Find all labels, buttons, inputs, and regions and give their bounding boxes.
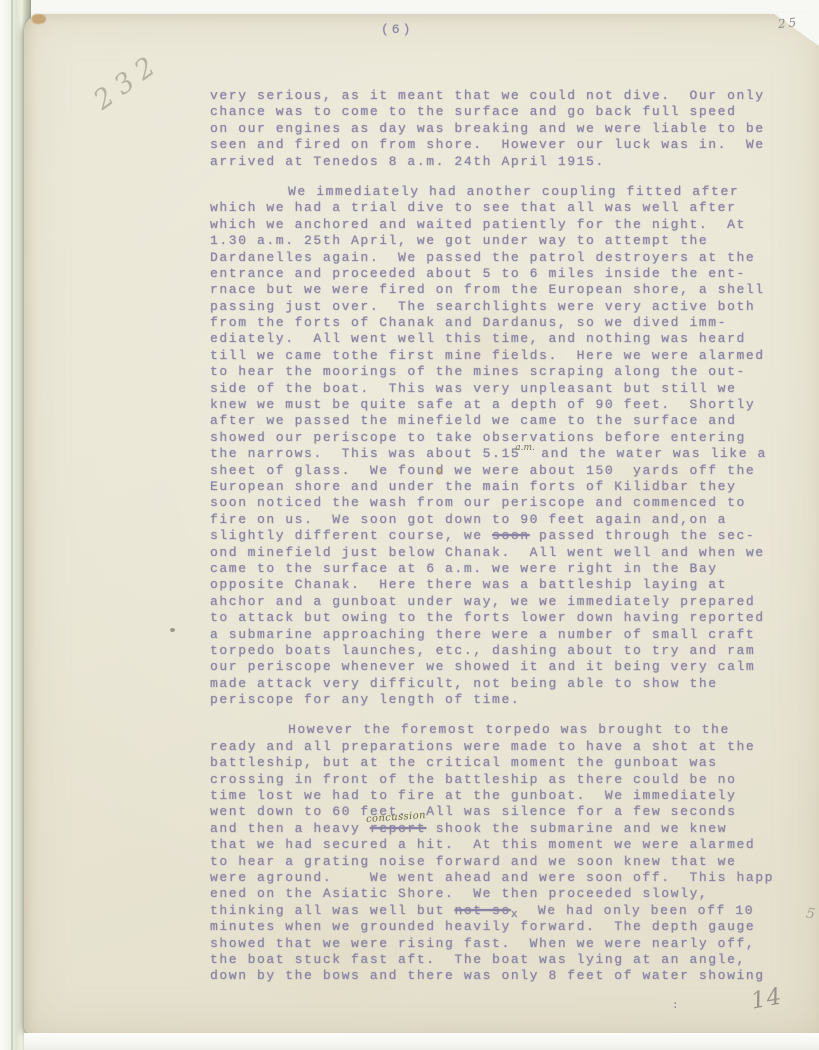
typed-line: seen and fired on from shore. However ou…	[210, 137, 810, 153]
paper-stain	[32, 14, 46, 24]
handwritten-corner-number: 25	[777, 15, 800, 31]
stray-ink-mark: :	[672, 998, 679, 1011]
typed-line: down by the bows and there was only 8 fe…	[210, 968, 810, 984]
handwritten-correction: concussion	[365, 808, 426, 829]
typed-line: soon noticed the wash from our periscope…	[210, 495, 810, 511]
paragraph: very serious, as it meant that we could …	[210, 88, 810, 170]
spine-page-edges	[11, 0, 13, 1050]
typed-line: very serious, as it meant that we could …	[210, 88, 810, 104]
typed-line: opposite Chanak. Here there was a battle…	[210, 577, 810, 593]
handwritten-insertion: a.m.	[515, 443, 535, 453]
typed-line: entrance and proceeded about 5 to 6 mile…	[210, 266, 810, 282]
typed-line: However the foremost torpedo was brought…	[210, 722, 810, 738]
paragraph: We immediately had another coupling fitt…	[210, 184, 810, 709]
typed-line: showed our periscope to take observation…	[210, 430, 810, 446]
typed-line: crossing in front of the battleship as t…	[210, 772, 810, 788]
typed-line: European shore and under the main forts …	[210, 479, 810, 495]
typed-line: to hear a grating noise forward and we s…	[210, 854, 810, 870]
typed-line: passing just over. The searchlights were…	[210, 299, 810, 315]
typed-line: to hear the moorings of the mines scrapi…	[210, 364, 810, 380]
typed-line: the boat stuck fast aft. The boat was ly…	[210, 952, 810, 968]
typed-line: ready and all preparations were made to …	[210, 739, 810, 755]
typed-line: ahchor and a gunboat under way, we we im…	[210, 594, 810, 610]
typed-line: sheet of glass. We found we were about 1…	[210, 463, 810, 479]
typed-line: to attack but owing to the forts lower d…	[210, 610, 810, 626]
typed-line: on our engines as day was breaking and w…	[210, 121, 810, 137]
typed-line: arrived at Tenedos 8 a.m. 24th April 191…	[210, 154, 810, 170]
typed-line: from the forts of Chanak and Dardanus, s…	[210, 315, 810, 331]
typed-line: We immediately had another coupling fitt…	[210, 184, 810, 200]
typed-line: thinking all was well but not sox We had…	[210, 903, 810, 919]
typed-line: 1.30 a.m. 25th April, we got under way t…	[210, 233, 810, 249]
scanned-page-spread: (6) 232 25 very serious, as it meant tha…	[0, 0, 819, 1050]
ink-speck	[170, 628, 175, 632]
typed-line: ediately. All went well this time, and n…	[210, 331, 810, 347]
typed-line: till we came tothe first mine fields. He…	[210, 348, 810, 364]
struck-out-word: soon	[492, 528, 530, 543]
handwritten-page-number: 14	[749, 983, 784, 1014]
typed-line: a submarine approaching there were a num…	[210, 627, 810, 643]
document-page: (6) 232 25 very serious, as it meant tha…	[24, 14, 819, 1034]
page-number-header: (6)	[381, 22, 413, 37]
typed-line: showed that we were rising fast. When we…	[210, 936, 810, 952]
typed-line: periscope for any length of time.	[210, 692, 810, 708]
typed-line: our periscope whenever we showed it and …	[210, 659, 810, 675]
typed-line: slightly different course, we soon passe…	[210, 528, 810, 544]
typed-line: fire on us. We soon got down to 90 feet …	[210, 512, 810, 528]
handwritten-archive-number: 232	[88, 47, 167, 116]
typed-line: were aground. We went ahead and were soo…	[210, 870, 810, 886]
typed-line: came to the surface at 6 a.m. we were ri…	[210, 561, 810, 577]
struck-out-word: reportconcussion	[370, 821, 426, 836]
typed-line: went down to 60 feet. All was silence fo…	[210, 804, 810, 820]
struck-out-word: not so	[454, 903, 510, 918]
typed-line: which we anchored and waited patiently f…	[210, 217, 810, 233]
typed-line: the narrows. This was about 5.15a.m. and…	[210, 446, 810, 462]
typed-line: chance was to come to the surface and go…	[210, 104, 810, 120]
typed-line: ened on the Asiatic Shore. We then proce…	[210, 886, 810, 902]
typed-line: which we had a trial dive to see that al…	[210, 200, 810, 216]
margin-pencil-mark: 5	[805, 905, 816, 922]
typed-line: made attack very difficult, not being ab…	[210, 676, 810, 692]
paragraph: However the foremost torpedo was brought…	[210, 722, 810, 984]
typed-line: and then a heavy reportconcussion shook …	[210, 821, 810, 837]
typed-line: Dardanelles again. We passed the patrol …	[210, 250, 810, 266]
typed-line: side of the boat. This was very unpleasa…	[210, 381, 810, 397]
typed-line: torpedo boats launches, etc., dashing ab…	[210, 643, 810, 659]
typed-text: very serious, as it meant that we could …	[210, 88, 810, 999]
typed-line: that we had secured a hit. At this momen…	[210, 837, 810, 853]
underlying-sheet-edge	[24, 1033, 819, 1050]
typed-line: knew we must be quite safe at a depth of…	[210, 397, 810, 413]
typed-line: ond minefield just below Chanak. All wen…	[210, 545, 810, 561]
typed-line: rnace but we were fired on from the Euro…	[210, 282, 810, 298]
typed-line: time lost we had to fire at the gunboat.…	[210, 788, 810, 804]
typed-line: battleship, but at the critical moment t…	[210, 755, 810, 771]
typed-line: after we passed the minefield we came to…	[210, 413, 810, 429]
typed-line: minutes when we grounded heavily forward…	[210, 919, 810, 935]
